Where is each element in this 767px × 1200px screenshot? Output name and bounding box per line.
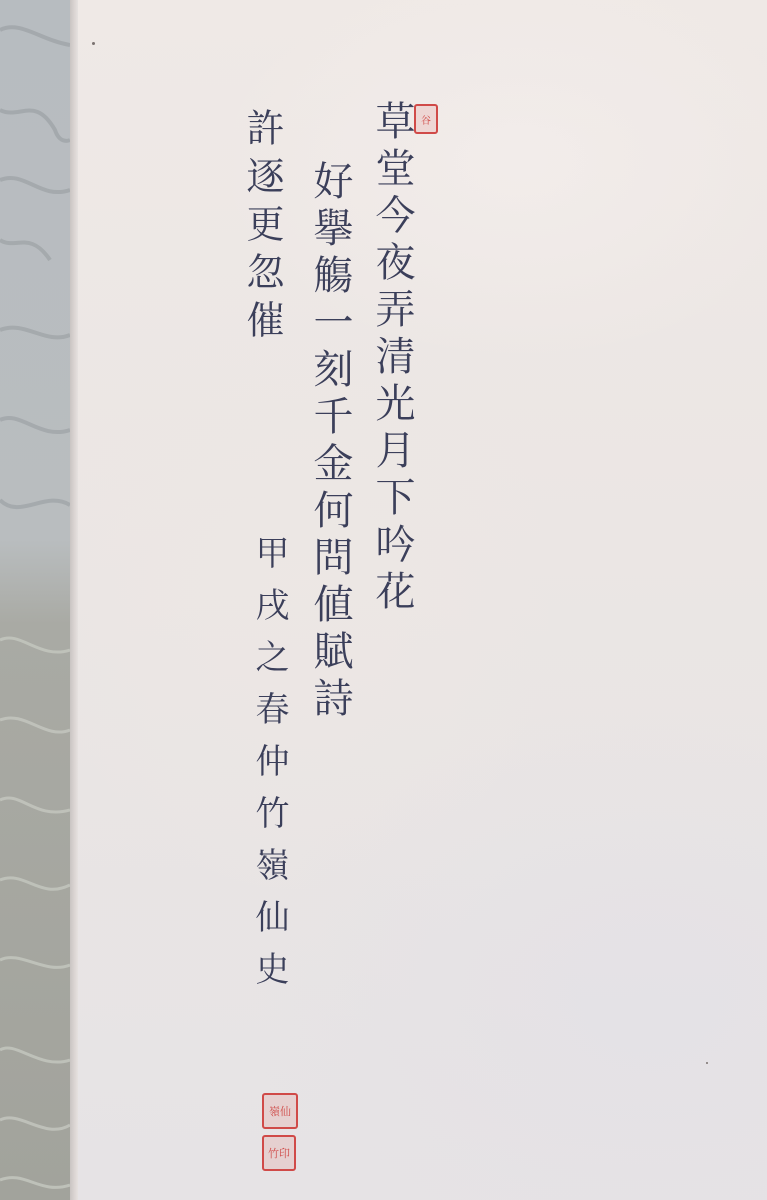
poem-column-3: 許逐更忽催 xyxy=(243,108,281,348)
silk-brocade-mount xyxy=(0,0,70,1200)
cloud-pattern-icon xyxy=(0,0,70,1200)
seal-text: 竹印 xyxy=(268,1145,290,1161)
scroll-paper: 草堂今夜弄清光月下吟花 好擧觴一刻千金何問値賦詩 許逐更忽催 甲戌之春仲竹嶺仙史… xyxy=(0,0,767,1200)
signature-text: 甲戌之春仲竹嶺仙史 xyxy=(252,535,286,1003)
seal-text: 嶺仙 xyxy=(269,1103,291,1119)
seal-icon: 谷 xyxy=(414,104,438,134)
mount-border xyxy=(70,0,78,1200)
signature-column: 甲戌之春仲竹嶺仙史 xyxy=(252,535,286,1003)
seal-icon: 竹印 xyxy=(262,1135,296,1171)
poem-line-3: 許逐更忽催 xyxy=(243,108,281,348)
paper-speck xyxy=(706,1062,708,1064)
seal-text: 谷 xyxy=(421,112,431,127)
poem-line-1: 草堂今夜弄清光月下吟花 xyxy=(372,100,412,617)
paper-speck xyxy=(92,42,95,45)
seal-icon: 嶺仙 xyxy=(262,1093,298,1129)
poem-column-2: 好擧觴一刻千金何問値賦詩 xyxy=(310,160,350,724)
poem-column-1: 草堂今夜弄清光月下吟花 xyxy=(372,100,412,617)
poem-line-2: 好擧觴一刻千金何問値賦詩 xyxy=(310,160,350,724)
